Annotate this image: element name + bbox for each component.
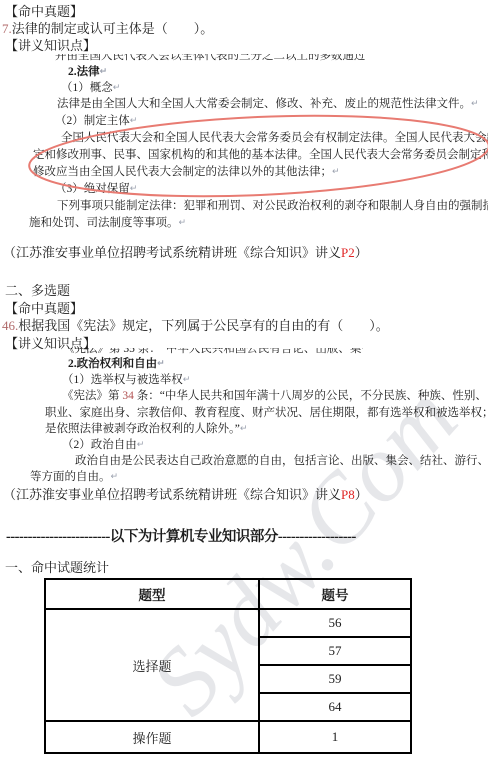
- excerpt2-p2-line2: 等方面的自由。↵: [30, 470, 118, 484]
- clipped-excerpt-line-2: 《宪法》第 35 条：“中华人民共和国公民有言论、出版、集会、结社、: [63, 348, 363, 354]
- question-7-text: 法律的制定或认可主体是（ ）。: [12, 21, 214, 36]
- cell-type-operation: 操作题: [45, 721, 259, 753]
- excerpt1-p3-line2: 施和处罚、司法制度等事项。↵: [29, 216, 186, 230]
- excerpt1-sub3: （3）绝对保留↵: [55, 182, 137, 196]
- cell-number: 57: [259, 637, 411, 665]
- question-46-number: 46.: [2, 318, 18, 333]
- header-question-number: 题号: [259, 579, 411, 609]
- excerpt1-heading: 2.法律↵: [68, 65, 107, 79]
- excerpt2-p1-line2: 职业、家庭出身、宗教信仰、教育程度、财产状况、居住期限，都有选举权和被选举权；但: [45, 406, 488, 420]
- stats-table: 题型 题号 选择题 56 57 59 64 操作题 1: [44, 578, 412, 754]
- source-reference-1: （江苏淮安事业单位招聘考试系统精讲班《综合知识》讲义P2）: [3, 245, 368, 261]
- question-7-number: 7.: [2, 21, 12, 36]
- excerpt1-p2-line2: 定和修改刑事、民事、国家机构的和其他的基本法律。全国人民代表大会常务委员会制定和: [33, 148, 488, 162]
- excerpt1-sub2: （2）制定主体↵: [55, 114, 137, 128]
- section-divider: ------------------------以下为计算机专业知识部分----…: [6, 528, 356, 546]
- excerpt1-p2-line3: 修改应当由全国人民代表大会制定的法律以外的其他法律；↵: [33, 165, 340, 179]
- page-ref-p2: P2: [341, 245, 355, 260]
- stats-title: 一、命中试题统计: [5, 560, 109, 576]
- cell-number: 59: [259, 665, 411, 693]
- cell-type-choice: 选择题: [45, 609, 259, 721]
- pilcrow-mark: ↵: [113, 83, 121, 93]
- pilcrow-mark: ↵: [111, 472, 119, 482]
- pilcrow-mark: ↵: [240, 424, 248, 434]
- table-row: 操作题 1: [45, 721, 411, 753]
- hit-question-label-1: 【命中真题】: [5, 4, 83, 20]
- question-7: 7.法律的制定或认可主体是（ ）。: [2, 21, 213, 37]
- excerpt1-p2-line1: 全国人民代表大会和全国人民代表大会常务委员会有权制定法律。全国人民代表大会制: [61, 131, 488, 145]
- pilcrow-mark: ↵: [179, 218, 187, 228]
- excerpt2-p1-line1: 《宪法》第 34 条：“中华人民共和国年满十八周岁的公民，不分民族、种族、性别、: [62, 389, 487, 403]
- pilcrow-mark: ↵: [130, 184, 138, 194]
- header-question-type: 题型: [45, 579, 259, 609]
- excerpt2-sub1: （1）选举权与被选举权↵: [62, 373, 190, 387]
- excerpt2-p1-line3: 是依照法律被剥夺政治权利的人除外。”↵: [45, 422, 247, 436]
- question-46-text: 根据我国《宪法》规定，下列属于公民享有的自由的有（ ）。: [18, 318, 389, 333]
- notes-label-1: 【讲义知识点】: [5, 38, 96, 54]
- excerpt1-p3-line1: 下列事项只能制定法律：犯罪和刑罚、对公民政治权利的剥夺和限制人身自由的强制措: [57, 199, 488, 213]
- question-46: 46.根据我国《宪法》规定，下列属于公民享有的自由的有（ ）。: [2, 318, 389, 334]
- pilcrow-mark: ↵: [130, 116, 138, 126]
- pilcrow-mark: ↵: [100, 67, 108, 77]
- table-header-row: 题型 题号: [45, 579, 411, 609]
- page-ref-p8: P8: [341, 487, 355, 502]
- cell-number: 1: [259, 721, 411, 753]
- pilcrow-mark: ↵: [157, 359, 165, 369]
- excerpt1-sub1: （1）概念↵: [61, 81, 120, 95]
- excerpt2-sub2: （2）政治自由↵: [62, 438, 144, 452]
- excerpt2-heading: 2.政治权利和自由↵: [68, 357, 165, 371]
- section2-title: 二、多选题: [5, 283, 70, 299]
- pilcrow-mark: ↵: [137, 440, 145, 450]
- clipped-excerpt-line-1: 并由全国人民代表大会以全体代表的三分之二以上的多数通过。: [55, 54, 365, 62]
- cell-number: 64: [259, 693, 411, 721]
- document-page: Sydw.Com 【命中真题】 7.法律的制定或认可主体是（ ）。 【讲义知识点…: [0, 0, 488, 777]
- article-number-34: 34: [122, 390, 134, 402]
- hit-question-label-2: 【命中真题】: [5, 301, 83, 317]
- table-row: 选择题 56: [45, 609, 411, 637]
- pilcrow-mark: ↵: [471, 99, 479, 109]
- source-reference-2: （江苏淮安事业单位招聘考试系统精讲班《综合知识》讲义P8）: [3, 487, 368, 503]
- pilcrow-mark: ↵: [183, 375, 191, 385]
- cell-number: 56: [259, 609, 411, 637]
- pilcrow-mark: ↵: [332, 167, 340, 177]
- excerpt1-p1: 法律是由全国人大和全国人大常委会制定、修改、补充、废止的规范性法律文件。↵: [57, 97, 479, 111]
- excerpt2-p2-line1: 政治自由是公民表达自己政治意愿的自由，包括言论、出版、集会、结社、游行、示威: [75, 454, 488, 468]
